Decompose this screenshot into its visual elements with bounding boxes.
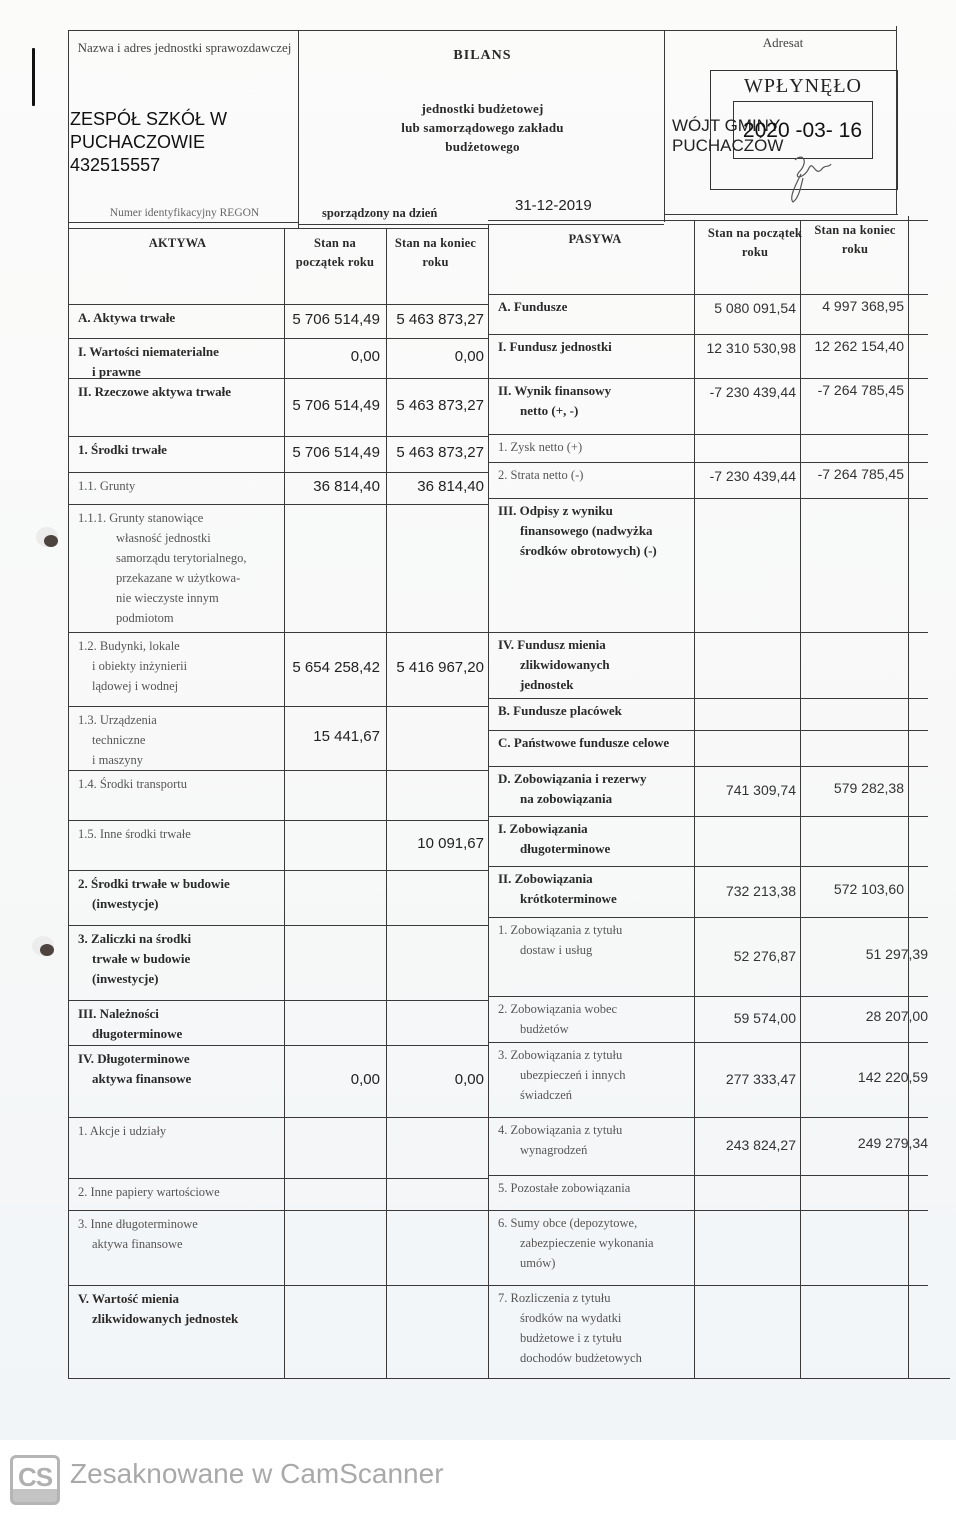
pasywa-start-value: 5 080 091,54 [694,298,800,318]
label-line: i obiekty inżynierii [78,656,282,676]
date-caption: sporządzony na dzień [322,203,492,223]
pasywa-start-value: -7 230 439,44 [694,466,800,486]
pasywa-start-value: 277 333,47 [694,1069,800,1089]
grid-line [488,434,928,435]
label-line: techniczne [78,730,282,750]
label-line: 2. Strata netto (-) [498,465,694,485]
grid-line [488,766,928,767]
label-line: ubezpieczeń i innych [498,1065,694,1085]
label-line: podmiotom [78,608,282,628]
pasywa-row-label: 4. Zobowiązania z tytułuwynagrodzeń [490,1120,694,1160]
document-subtitle: jednostki budżetowej lub samorządowego z… [300,99,665,156]
grid-line [68,1000,488,1001]
label-line: IV. Długoterminowe [78,1049,282,1069]
scanner-watermark: Zesaknowane w CamScanner [70,1458,444,1490]
label-line: zabezpieczenie wykonania [498,1233,694,1253]
signature-icon [775,150,845,205]
aktywa-row-label: IV. Długoterminoweaktywa finansowe [70,1049,282,1089]
label-line: 5. Pozostałe zobowiązania [498,1178,694,1198]
label-line: 1. Zobowiązania z tytułu [498,920,694,940]
grid-line [488,294,928,295]
punch-hole-bottom [40,944,54,956]
label-line: i prawne [78,362,282,382]
pasywa-end-value: 12 262 154,40 [800,336,908,356]
stamp-title: WPŁYNĘŁO [712,74,894,98]
aktywa-start-value: 5 706 514,49 [284,396,384,416]
label-line: 1.2. Budynki, lokale [78,636,282,656]
label-line: 1. Akcje i udziały [78,1121,282,1141]
subtitle-line1: jednostki budżetowej [300,99,665,118]
label-line: I. Fundusz jednostki [498,337,694,357]
label-line: finansowego (nadwyżka [498,521,694,541]
entity-regon: 432515557 [70,154,300,177]
aktywa-start-value: 5 706 514,49 [284,310,384,330]
pasywa-end-value: 51 297,39 [800,944,932,964]
aktywa-row-label: 2. Inne papiery wartościowe [70,1182,282,1202]
aktywa-row-label: A. Aktywa trwałe [70,308,282,328]
label-line: 1.1. Grunty [78,476,282,496]
pasywa-end-value: 142 220,59 [800,1067,932,1087]
grid-line [488,816,928,817]
margin-mark [32,48,35,106]
label-line: 2. Środki trwałe w budowie [78,874,282,894]
label-line: 3. Zobowiązania z tytułu [498,1045,694,1065]
label-line: dochodów budżetowych [498,1348,694,1368]
label-line: V. Wartość mienia [78,1289,282,1309]
aktywa-row-label: 1.2. Budynki, lokalei obiekty inżynierii… [70,636,282,696]
grid-line [488,1175,928,1176]
aktywa-row-label: 1.5. Inne środki trwałe [70,824,282,844]
aktywa-end-value: 5 416 967,20 [386,658,488,678]
pasywa-start-value: 741 309,74 [694,780,800,800]
pasywa-end-value: 572 103,60 [800,879,908,899]
pasywa-start-value: 12 310 530,98 [694,338,800,358]
pasywa-start-value: 59 574,00 [694,1008,800,1028]
label-line: (inwestycje) [78,894,282,914]
pasywa-start-value: 243 824,27 [694,1135,800,1155]
grid-line [68,820,488,821]
grid-line [68,472,488,473]
grid-line [68,228,488,229]
pasywa-row-label: 2. Strata netto (-) [490,465,694,485]
pasywa-end-header: Stan na koniec roku [805,221,905,259]
aktywa-start-header: Stan na początek roku [290,234,380,272]
label-line: 1.4. Środki transportu [78,774,282,794]
stamp-date: 2020 -03- 16 [734,118,870,144]
label-line: dostaw i usług [498,940,694,960]
label-line: III. Należności [78,1004,282,1024]
pasywa-row-label: 7. Rozliczenia z tytułuśrodków na wydatk… [490,1288,694,1368]
label-line: środków na wydatki [498,1308,694,1328]
aktywa-end-value: 5 463 873,27 [386,443,488,463]
label-line: A. Fundusze [498,297,694,317]
aktywa-start-value: 5 654 258,42 [284,658,384,678]
label-line: krótkoterminowe [498,889,694,909]
label-line: (inwestycje) [78,969,282,989]
label-line: lądowej i wodnej [78,676,282,696]
grid-line [908,216,909,1378]
grid-line [298,224,664,225]
pasywa-end-value: 579 282,38 [800,778,908,798]
grid-line [488,866,928,867]
aktywa-end-value: 0,00 [386,1070,488,1090]
label-line: 2. Zobowiązania wobec [498,999,694,1019]
grid-line [68,1210,488,1211]
label-line: 1. Środki trwałe [78,440,282,460]
pasywa-start-value: -7 230 439,44 [694,382,800,402]
camscanner-logo-icon: CS [10,1455,60,1505]
label-line: budżetów [498,1019,694,1039]
label-line: aktywa finansowe [78,1234,282,1254]
label-line: długoterminowe [498,839,694,859]
label-line: wynagrodzeń [498,1140,694,1160]
label-line: IV. Fundusz mienia [498,635,694,655]
pasywa-end-value: 249 279,34 [800,1133,932,1153]
label-line: na zobowiązania [498,789,694,809]
label-line: przekazane w użytkowa- [78,568,282,588]
label-line: środków obrotowych) (-) [498,541,694,561]
aktywa-row-label: 2. Środki trwałe w budowie(inwestycje) [70,874,282,914]
subtitle-line2: lub samorządowego zakładu [300,118,665,137]
punch-hole-top [44,535,58,547]
pasywa-row-label: D. Zobowiązania i rezerwyna zobowiązania [490,769,694,809]
grid-line [488,632,928,633]
pasywa-start-header: Stan na początek roku [705,224,805,262]
aktywa-row-label: 1.3. Urządzeniatechnicznei maszyny [70,710,282,770]
aktywa-header: AKTYWA [70,234,285,253]
aktywa-row-label: 1. Środki trwałe [70,440,282,460]
pasywa-end-value: 28 207,00 [800,1006,932,1026]
aktywa-row-label: 1. Akcje i udziały [70,1121,282,1141]
pasywa-row-label: 2. Zobowiązania wobecbudżetów [490,999,694,1039]
pasywa-row-label: III. Odpisy z wynikufinansowego (nadwyżk… [490,501,694,561]
pasywa-row-label: 3. Zobowiązania z tytułuubezpieczeń i in… [490,1045,694,1105]
aktywa-start-value: 0,00 [284,347,384,367]
aktywa-row-label: I. Wartości niematerialnei prawne [70,342,282,382]
label-line: 1.1.1. Grunty stanowiące [78,508,282,528]
aktywa-start-value: 0,00 [284,1070,384,1090]
label-line: I. Wartości niematerialne [78,342,282,362]
aktywa-row-label: III. Należnościdługoterminowe [70,1004,282,1044]
pasywa-row-label: B. Fundusze placówek [490,701,694,721]
entity-name: ZESPÓŁ SZKÓŁ W PUCHACZOWIE 432515557 [70,108,300,177]
label-line: budżetowe i z tytułu [498,1328,694,1348]
grid-line [68,1045,488,1046]
pasywa-row-label: I. Zobowiązaniadługoterminowe [490,819,694,859]
grid-line [68,1117,488,1118]
grid-line [488,378,928,379]
pasywa-header: PASYWA [490,230,700,249]
pasywa-start-value: 52 276,87 [694,946,800,966]
aktywa-start-value: 15 441,67 [284,727,384,747]
label-line: 7. Rozliczenia z tytułu [498,1288,694,1308]
pasywa-end-value: -7 264 785,45 [800,380,908,400]
label-line: 4. Zobowiązania z tytułu [498,1120,694,1140]
entity-name-line2: PUCHACZOWIE [70,131,300,154]
aktywa-row-label: II. Rzeczowe aktywa trwałe [70,382,282,402]
label-line: nie wieczyste innym [78,588,282,608]
regon-caption: Numer identyfikacyjny REGON [72,203,297,223]
aktywa-end-header: Stan na koniec roku [388,234,483,272]
grid-line [68,1285,488,1286]
pasywa-row-label: II. Zobowiązaniakrótkoterminowe [490,869,694,909]
grid-line [68,436,488,437]
pasywa-row-label: C. Państwowe fundusze celowe [490,733,694,753]
label-line: własność jednostki [78,528,282,548]
subtitle-line3: budżetowego [300,137,665,156]
grid-line [488,1210,928,1211]
grid-line [68,770,488,771]
label-line: II. Rzeczowe aktywa trwałe [78,382,282,402]
label-line: zlikwidowanych [498,655,694,675]
grid-line [68,1178,488,1179]
pasywa-row-label: 6. Sumy obce (depozytowe,zabezpieczenie … [490,1213,694,1273]
grid-line [488,334,928,335]
label-line: netto (+, -) [498,401,694,421]
pasywa-row-label: II. Wynik finansowynetto (+, -) [490,381,694,421]
logo-text: CS [13,1462,57,1493]
label-line: zlikwidowanych jednostek [78,1309,282,1329]
pasywa-row-label: I. Fundusz jednostki [490,337,694,357]
grid-line [488,462,928,463]
aktywa-end-value: 0,00 [386,347,488,367]
label-line: III. Odpisy z wyniku [498,501,694,521]
entity-caption: Nazwa i adres jednostki sprawozdawczej [72,38,297,57]
label-line: 6. Sumy obce (depozytowe, [498,1213,694,1233]
label-line: II. Wynik finansowy [498,381,694,401]
label-line: A. Aktywa trwałe [78,308,282,328]
grid-line [664,214,898,215]
aktywa-row-label: 1.1. Grunty [70,476,282,496]
label-line: 3. Inne długoterminowe [78,1214,282,1234]
grid-line [68,30,69,1378]
label-line: B. Fundusze placówek [498,701,694,721]
grid-line [68,925,488,926]
grid-line [68,304,488,305]
report-date: 31-12-2019 [515,196,625,216]
grid-line [68,338,488,339]
grid-line [488,1117,928,1118]
label-line: i maszyny [78,750,282,770]
pasywa-start-value: 732 213,38 [694,881,800,901]
grid-line [488,996,928,997]
label-line: C. Państwowe fundusze celowe [498,733,694,753]
grid-line [68,706,488,707]
label-line: świadczeń [498,1085,694,1105]
document-title: BILANS [300,46,665,65]
grid-line [488,224,489,1378]
label-line: 2. Inne papiery wartościowe [78,1182,282,1202]
grid-line [488,730,928,731]
label-line: 1.5. Inne środki trwałe [78,824,282,844]
label-line: 1. Zysk netto (+) [498,437,694,457]
label-line: 1.3. Urządzenia [78,710,282,730]
label-line: samorządu terytorialnego, [78,548,282,568]
pasywa-row-label: 5. Pozostałe zobowiązania [490,1178,694,1198]
grid-line [68,30,896,31]
label-line: D. Zobowiązania i rezerwy [498,769,694,789]
label-line: I. Zobowiązania [498,819,694,839]
aktywa-end-value: 36 814,40 [386,477,488,497]
aktywa-start-value: 5 706 514,49 [284,443,384,463]
label-line: aktywa finansowe [78,1069,282,1089]
grid-line [488,1285,928,1286]
grid-line [68,1378,950,1379]
label-line: umów) [498,1253,694,1273]
aktywa-end-value: 5 463 873,27 [386,310,488,330]
label-line: 3. Zaliczki na środki [78,929,282,949]
label-line: jednostek [498,675,694,695]
grid-line [488,917,928,918]
grid-line [488,698,928,699]
addressee-caption: Adresat [668,33,898,53]
pasywa-row-label: 1. Zysk netto (+) [490,437,694,457]
label-line: II. Zobowiązania [498,869,694,889]
aktywa-end-value: 10 091,67 [386,834,488,854]
aktywa-row-label: 1.4. Środki transportu [70,774,282,794]
entity-name-line1: ZESPÓŁ SZKÓŁ W [70,108,300,131]
label-line: długoterminowe [78,1024,282,1044]
pasywa-row-label: A. Fundusze [490,297,694,317]
grid-line [68,870,488,871]
pasywa-row-label: IV. Fundusz mieniazlikwidowanychjednoste… [490,635,694,695]
grid-line [488,498,928,499]
aktywa-row-label: 3. Zaliczki na środkitrwałe w budowie(in… [70,929,282,989]
aktywa-end-value: 5 463 873,27 [386,396,488,416]
pasywa-end-value: 4 997 368,95 [800,296,908,316]
pasywa-row-label: 1. Zobowiązania z tytułudostaw i usług [490,920,694,960]
aktywa-row-label: 3. Inne długoterminoweaktywa finansowe [70,1214,282,1254]
grid-line [68,504,488,505]
aktywa-row-label: 1.1.1. Grunty stanowiącewłasność jednost… [70,508,282,628]
grid-line [488,1042,928,1043]
aktywa-row-label: V. Wartość mieniazlikwidowanych jednoste… [70,1289,282,1329]
grid-line [68,632,488,633]
label-line: trwałe w budowie [78,949,282,969]
aktywa-start-value: 36 814,40 [284,477,384,497]
pasywa-end-value: -7 264 785,45 [800,464,908,484]
